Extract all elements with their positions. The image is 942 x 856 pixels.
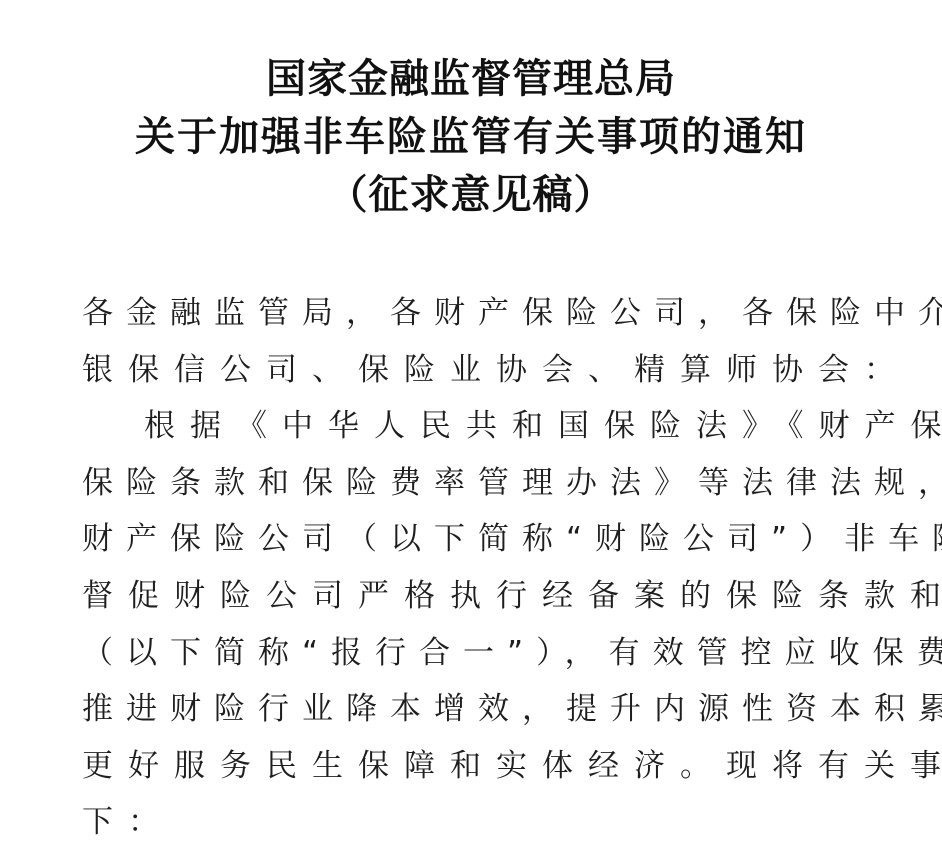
paragraph-line: 保险条款和保险费率管理办法》等法律法规，为规范 [82, 455, 882, 512]
title-draft-status: （征求意见稿） [0, 166, 942, 224]
paragraph-line: 财产保险公司（以下简称“财险公司”）非车险业务， [82, 511, 882, 568]
title-issuer: 国家金融监督管理总局 [0, 50, 942, 108]
paragraph-line: 督促财险公司严格执行经备案的保险条款和保险费率 [82, 568, 882, 625]
addressee-line: 银保信公司、保险业协会、精算师协会： [82, 342, 882, 399]
addressee: 各金融监管局，各财产保险公司，各保险中介机构， 银保信公司、保险业协会、精算师协… [82, 285, 882, 398]
paragraph-line: 推进财险行业降本增效，提升内源性资本积累能力， [82, 681, 882, 738]
addressee-line: 各金融监管局，各财产保险公司，各保险中介机构， [82, 285, 882, 342]
body-paragraph: 根据《中华人民共和国保险法》《财产保险公司 保险条款和保险费率管理办法》等法律法… [82, 398, 882, 851]
title-subject: 关于加强非车险监管有关事项的通知 [0, 108, 942, 166]
paragraph-line: 下： [82, 794, 882, 851]
paragraph-line: 根据《中华人民共和国保险法》《财产保险公司 [82, 398, 882, 455]
paragraph-line: （以下简称“报行合一”），有效管控应收保费风险， [82, 625, 882, 682]
document-title: 国家金融监督管理总局 关于加强非车险监管有关事项的通知 （征求意见稿） [0, 50, 942, 224]
paragraph-line: 更好服务民生保障和实体经济。现将有关事项通知如 [82, 738, 882, 795]
document-body: 各金融监管局，各财产保险公司，各保险中介机构， 银保信公司、保险业协会、精算师协… [82, 285, 882, 851]
